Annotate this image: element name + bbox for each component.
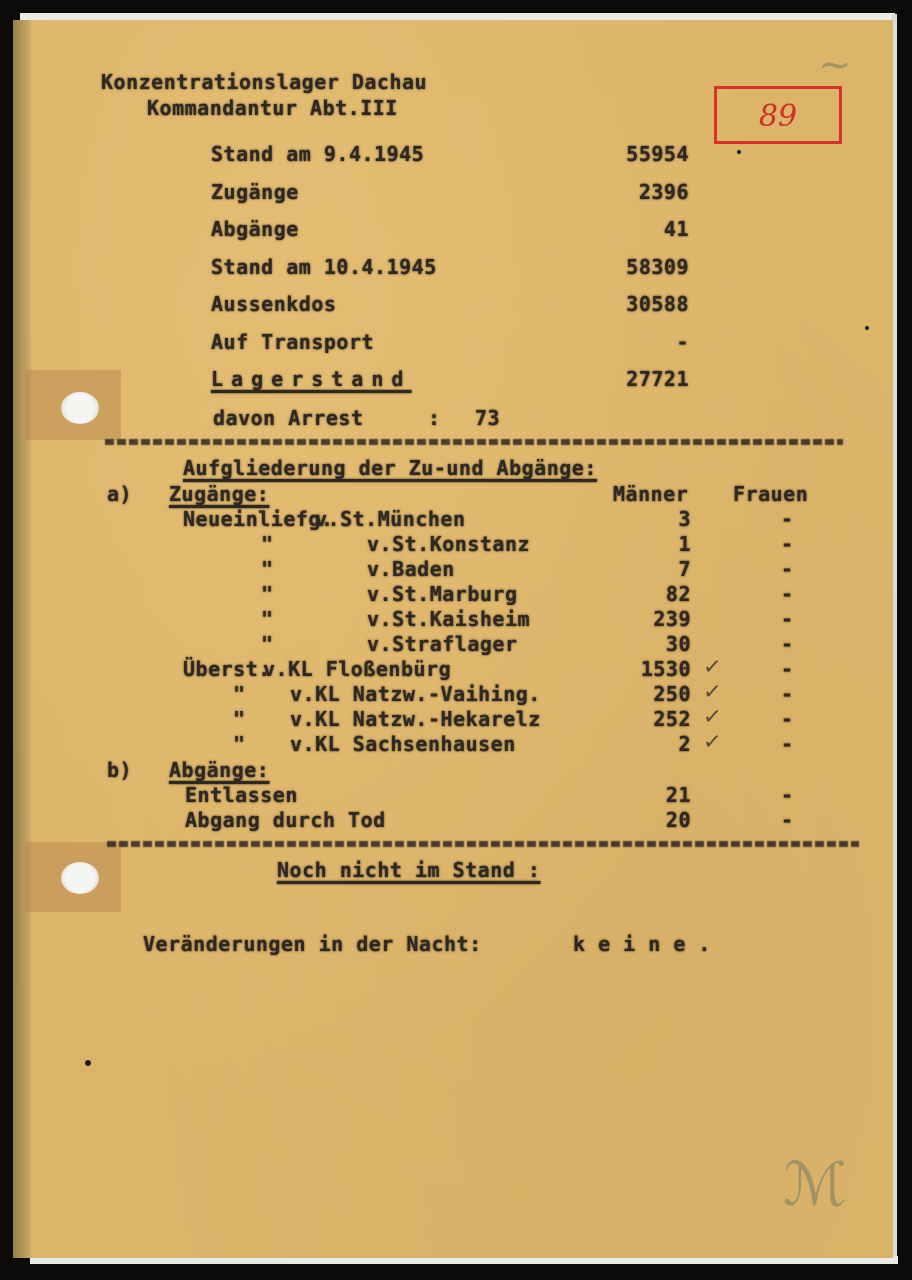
row-women-count: - <box>781 682 794 706</box>
check-mark-icon: ✓ <box>702 704 723 731</box>
document-page: Konzentrationslager Dachau Kommandantur … <box>13 20 893 1258</box>
pending-title: Noch nicht im Stand : <box>277 858 540 882</box>
row-women-count: - <box>781 732 794 756</box>
divider-bottom <box>107 841 859 847</box>
arrest-separator: : <box>428 406 441 430</box>
row-men-count: 82 <box>613 582 691 606</box>
row-men-count: 239 <box>613 607 691 631</box>
breakdown-title: Aufgliederung der Zu-und Abgänge: <box>183 456 597 480</box>
page-number-stamp: 89 <box>714 86 842 144</box>
row-women-count: - <box>781 657 794 681</box>
summary-label: Aussenkdos <box>211 292 336 316</box>
summary-value: 30588 <box>573 292 689 316</box>
row-source: v.KL Sachsenhausen <box>290 732 516 756</box>
row-women-count: - <box>781 532 794 556</box>
ink-dot-right <box>865 326 869 330</box>
row-women-count: - <box>781 707 794 731</box>
summary-label: Zugänge <box>211 180 299 204</box>
row-men-count: 1 <box>613 532 691 556</box>
column-header-women: Frauen <box>733 482 808 506</box>
pencil-initial-bottom: ℳ <box>783 1150 847 1220</box>
column-header-men: Männer <box>613 482 688 506</box>
row-source: v.Baden <box>367 557 455 581</box>
row-women-count: - <box>781 607 794 631</box>
ink-dot <box>85 1060 91 1066</box>
row-women-count: - <box>781 507 794 531</box>
row-source: v.St.München <box>315 507 466 531</box>
row-source: v.KL Natzw.-Vaihing. <box>290 682 541 706</box>
row-prefix: Überst. <box>183 657 271 681</box>
check-mark-icon: ✓ <box>702 729 723 756</box>
row-women-count: - <box>781 632 794 656</box>
row-women-count: - <box>781 557 794 581</box>
row-men-count: 3 <box>613 507 691 531</box>
row-prefix: " <box>261 607 274 631</box>
check-mark-icon: ✓ <box>702 679 723 706</box>
night-changes-value: k e i n e . <box>573 932 711 956</box>
row-men-count: 20 <box>613 808 691 832</box>
row-prefix: " <box>261 582 274 606</box>
row-women-count: - <box>781 808 794 832</box>
ink-dot-stamp <box>737 150 741 154</box>
section-b-title: Abgänge: <box>169 758 269 782</box>
row-men-count: 7 <box>613 557 691 581</box>
row-source: v.St.Konstanz <box>367 532 530 556</box>
check-mark-icon: ✓ <box>702 654 723 681</box>
row-prefix: Neueinliefg. <box>183 507 334 531</box>
row-men-count: 30 <box>613 632 691 656</box>
row-men-count: 252 <box>613 707 691 731</box>
row-source: v.St.Marburg <box>367 582 518 606</box>
row-prefix: " <box>233 682 246 706</box>
row-source: v.KL Floßenbürg <box>263 657 451 681</box>
punch-hole-top <box>61 392 99 424</box>
row-source: v.St.Kaisheim <box>367 607 530 631</box>
row-men-count: 1530 <box>613 657 691 681</box>
summary-value: 27721 <box>573 367 689 391</box>
row-men-count: 250 <box>613 682 691 706</box>
row-prefix: " <box>233 707 246 731</box>
row-men-count: 2 <box>613 732 691 756</box>
night-changes-label: Veränderungen in der Nacht: <box>143 932 482 956</box>
page-binding-shadow <box>13 20 31 1258</box>
divider-top <box>105 439 843 445</box>
row-prefix: " <box>261 557 274 581</box>
row-source: v.Straflager <box>367 632 518 656</box>
pencil-mark-top: ~ <box>818 42 852 88</box>
summary-value: 2396 <box>573 180 689 204</box>
row-prefix: " <box>233 732 246 756</box>
row-label: Entlassen <box>185 783 298 807</box>
row-women-count: - <box>781 582 794 606</box>
header-camp-name: Konzentrationslager Dachau <box>101 70 427 94</box>
row-prefix: " <box>261 632 274 656</box>
row-source: v.KL Natzw.-Hekarelz <box>290 707 541 731</box>
summary-label: Abgänge <box>211 217 299 241</box>
summary-label: Stand am 9.4.1945 <box>211 142 424 166</box>
summary-label: Stand am 10.4.1945 <box>211 255 437 279</box>
arrest-value: 73 <box>475 406 500 430</box>
header-department: Kommandantur Abt.III <box>147 96 398 120</box>
summary-value: 55954 <box>573 142 689 166</box>
section-a-marker: a) <box>107 482 132 506</box>
section-a-title: Zugänge: <box>169 482 269 506</box>
summary-label: Lagerstand <box>211 367 411 391</box>
arrest-label: davon Arrest <box>213 406 364 430</box>
summary-label: Auf Transport <box>211 330 374 354</box>
punch-hole-bottom <box>61 862 99 894</box>
page-number: 89 <box>717 99 839 134</box>
summary-value: 58309 <box>573 255 689 279</box>
summary-value: 41 <box>573 217 689 241</box>
row-label: Abgang durch Tod <box>185 808 386 832</box>
row-prefix: " <box>261 532 274 556</box>
section-b-marker: b) <box>107 758 132 782</box>
row-women-count: - <box>781 783 794 807</box>
row-men-count: 21 <box>613 783 691 807</box>
summary-value: - <box>573 330 689 354</box>
